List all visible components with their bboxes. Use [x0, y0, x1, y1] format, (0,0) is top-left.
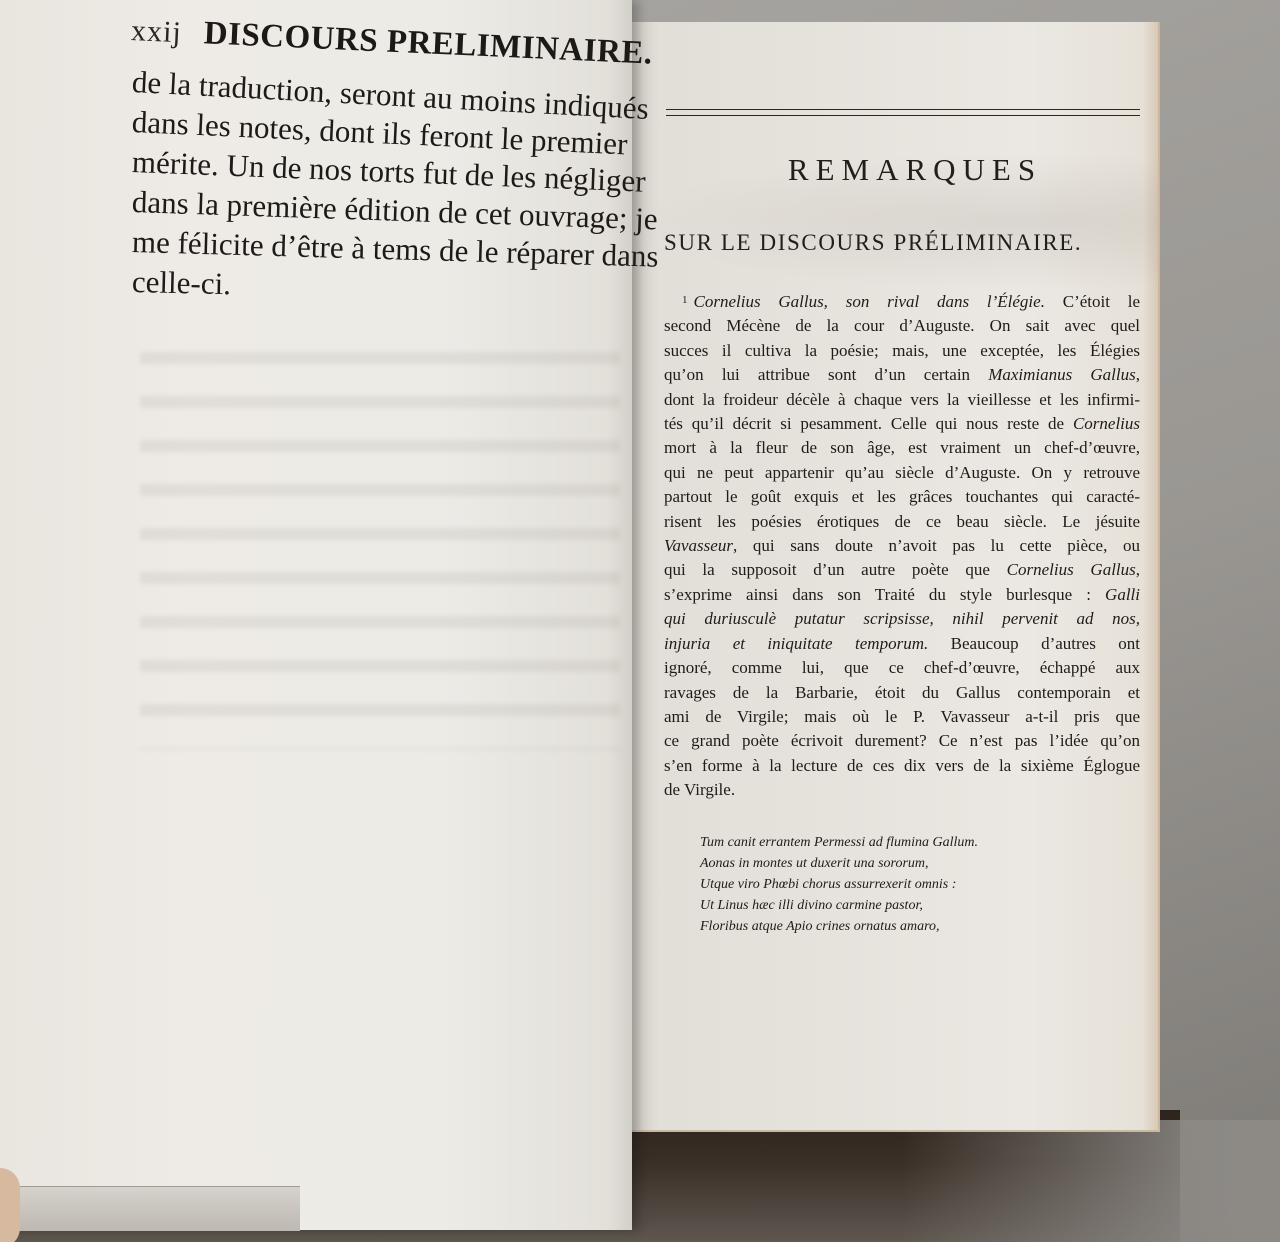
left-body-text: de la traduction, seront au moins indiqu…: [132, 62, 652, 302]
text-line: de Virgile.: [664, 778, 1140, 802]
verse-line: Tum canit errantem Permessi ad flumina G…: [700, 832, 1140, 853]
text-line: second Mécène de la cour d’Auguste. On s…: [664, 314, 1140, 338]
text-line: risent les poésies érotiques de ce beau …: [664, 510, 1140, 534]
text-line: s’en forme à la lecture de ces dix vers …: [664, 754, 1140, 778]
text-line: qu’on lui attribue sont d’un certain Max…: [664, 363, 1140, 387]
text-line: injuria et iniquitate temporum. Beaucoup…: [664, 632, 1140, 656]
page-subtitle: SUR LE DISCOURS PRÉLIMINAIRE.: [664, 230, 1144, 256]
footnote-lemma: Cornelius Gallus, son rival dans l’Élégi…: [694, 292, 1063, 311]
text-line: ravages de la Barbarie, étoit du Gallus …: [664, 681, 1140, 705]
text-line: ignoré, comme lui, que ce chef-d’œuvre, …: [664, 656, 1140, 680]
double-rule: [666, 109, 1140, 116]
text-line: partout le goût exquis et les grâces tou…: [664, 485, 1140, 509]
text-line: mort à la fleur de son âge, est vraiment…: [664, 436, 1140, 460]
text-line: ami de Virgile; mais où le P. Vavasseur …: [664, 705, 1140, 729]
text-line: qui duriusculè putatur scripsisse, nihil…: [664, 607, 1140, 631]
text-line: qui la supposoit d’un autre poète que Co…: [664, 558, 1140, 582]
page-number: xxij: [130, 14, 182, 49]
text-line: ce grand poète écrivoit durement? Ce n’e…: [664, 729, 1140, 753]
page-title: REMARQUES: [632, 152, 1158, 188]
right-page: REMARQUES SUR LE DISCOURS PRÉLIMINAIRE. …: [632, 22, 1160, 1132]
text-line: s’exprime ainsi dans son Traité du style…: [664, 583, 1140, 607]
finger: [0, 1168, 20, 1242]
verse-line: Ut Linus hæc illi divino carmine pastor,: [700, 895, 1140, 916]
text-line: qui ne peut appartenir qu’au siècle d’Au…: [664, 461, 1140, 485]
verse-line: Floribus atque Apio crines ornatus amaro…: [700, 916, 1140, 937]
footnote-marker: 1: [682, 294, 688, 306]
text-line: tés qu’il décrit si pesamment. Celle qui…: [664, 412, 1140, 436]
text-line: Vavasseur, qui sans doute n’avoit pas lu…: [664, 534, 1140, 558]
verse-line: Aonas in montes ut duxerit una sororum,: [700, 853, 1140, 874]
footnote-body: 1Cornelius Gallus, son rival dans l’Élég…: [664, 288, 1140, 803]
text-line: 1Cornelius Gallus, son rival dans l’Élég…: [664, 288, 1140, 314]
show-through-text: [140, 330, 620, 750]
text-line: dont la froideur décèle à chaque vers la…: [664, 388, 1140, 412]
text-line: succes il cultiva la poésie; mais, une e…: [664, 339, 1140, 363]
shadow-fade: [900, 1120, 1280, 1242]
latin-verse: Tum canit errantem Permessi ad flumina G…: [700, 832, 1140, 937]
page-fore-edge: [0, 1186, 300, 1231]
left-page: xxij DISCOURS PRELIMINAIRE. de la traduc…: [0, 0, 632, 1230]
verse-line: Utque viro Phœbi chorus assurrexerit omn…: [700, 874, 1140, 895]
